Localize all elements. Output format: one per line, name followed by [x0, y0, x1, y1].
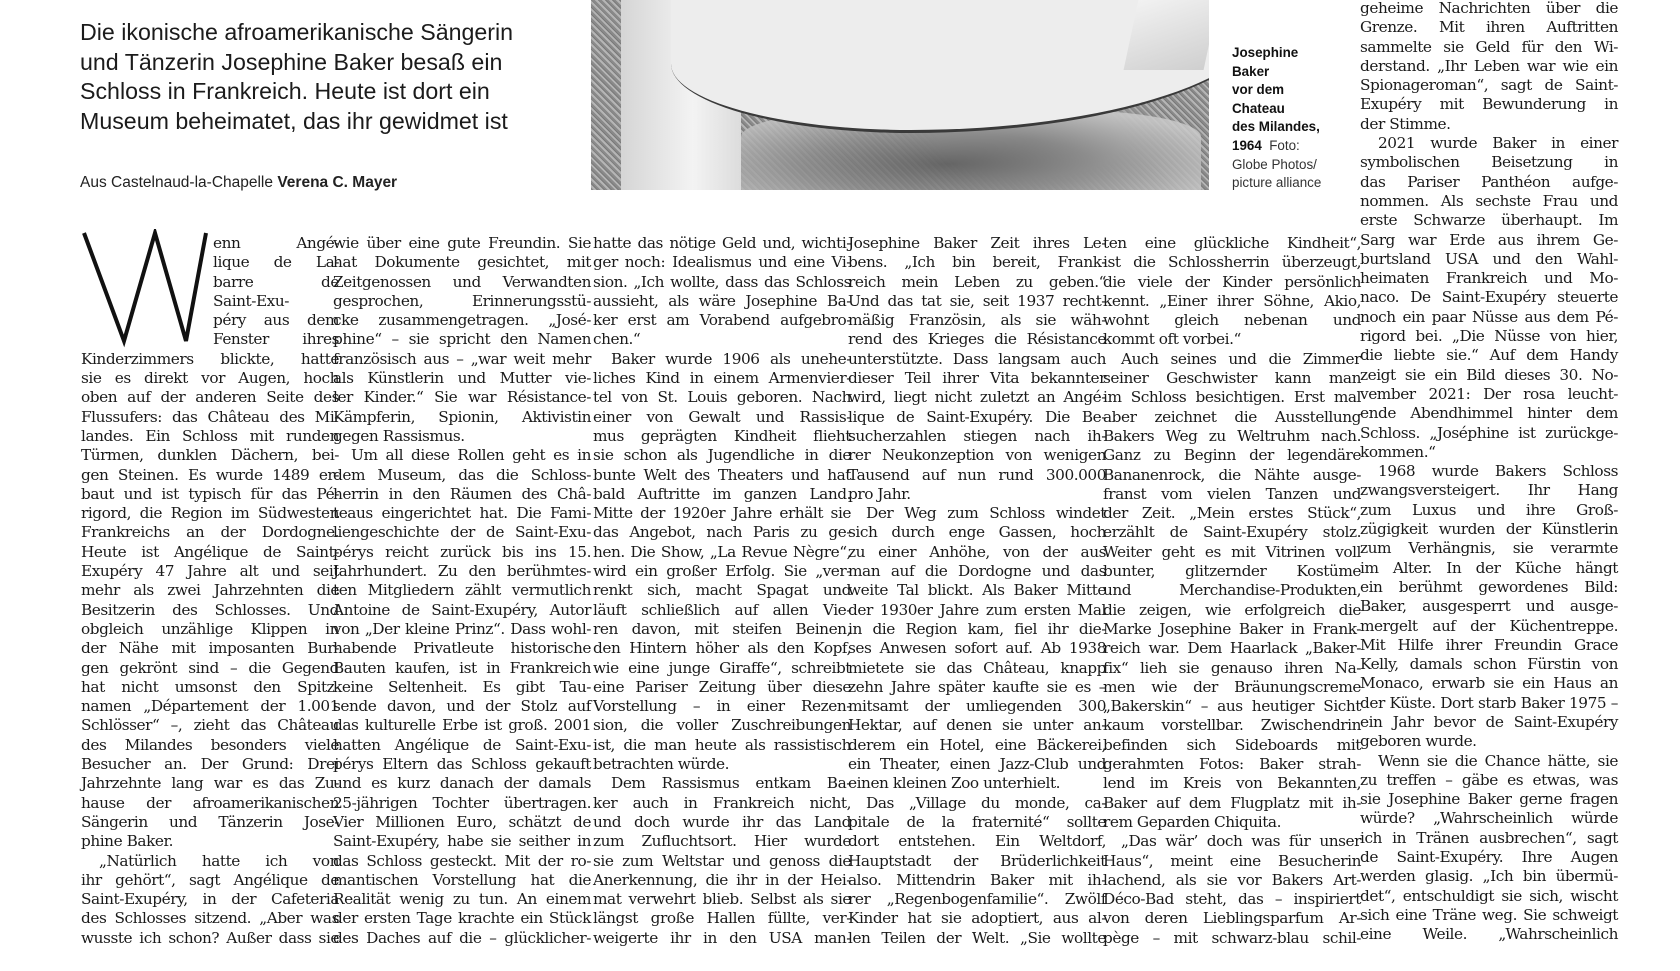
- text-line: „Natürlich hatte ich von: [81, 852, 339, 871]
- text-line: längst große Hallen füllte, ver-: [593, 909, 851, 928]
- article-column-6: geheime Nachrichten über dieGrenze. Mit …: [1360, 0, 1618, 945]
- text-line: Baker wurde 1906 als unehe-: [593, 350, 851, 369]
- text-line: im Schloss besichtigen. Erst mal: [1103, 388, 1361, 407]
- text-line: Mitte der 1920er Jahre erhält sie: [593, 504, 851, 523]
- text-line: zu einer Anhöhe, von der aus: [848, 543, 1106, 562]
- text-line: lique de Saint-Exupéry. Die Be-: [848, 408, 1106, 427]
- text-line: der Stimme.: [1360, 115, 1618, 134]
- text-line: Exupéry 47 Jahre alt und seit: [81, 562, 339, 581]
- text-line: sie Josephine Baker gerne fragen: [1360, 790, 1618, 809]
- text-line: cke zusammengetragen. „José-: [333, 311, 591, 330]
- text-line: Besitzerin des Schlosses. Und: [81, 601, 339, 620]
- text-line: Saint-Exupéry, in der Cafeteria: [81, 890, 339, 909]
- text-line: das kulturelle Erbe ist groß. 2001: [333, 716, 591, 735]
- caption-credit: picture alliance: [1232, 174, 1342, 193]
- text-line: werden glasig. „Ich bin übermü-: [1360, 867, 1618, 886]
- text-line: Kinderzimmers blickte, hatte: [81, 350, 339, 369]
- caption-line: Josephine: [1232, 44, 1342, 63]
- article-column-4: Josephine Baker Zeit ihres Le-bens. „Ich…: [848, 234, 1106, 948]
- text-line: wird ein großer Erfolg. Sie „ver-: [593, 562, 851, 581]
- text-line: Exupéry mit Bewunderung in: [1360, 95, 1618, 114]
- text-line: nommen. Als sechste Frau und: [1360, 192, 1618, 211]
- text-line: geboren wurde.: [1360, 732, 1618, 751]
- text-line: naco. De Saint-Exupéry steuerte: [1360, 288, 1618, 307]
- text-line: Mit Hilfe ihrer Freundin Grace: [1360, 636, 1618, 655]
- text-line: phine Baker.: [81, 832, 339, 851]
- text-line: Baker, ausgesperrt und ausge-: [1360, 597, 1618, 616]
- text-line: von „Der kleine Prinz“. Dass wohl-: [333, 620, 591, 639]
- text-line: eine Weile. „Wahrscheinlich: [1360, 925, 1618, 944]
- text-line: hat nicht umsonst den Spitz-: [81, 678, 339, 697]
- text-line: ses Anwesen sofort auf. Ab 1938: [848, 639, 1106, 658]
- text-line: Marke Josephine Baker in Frank-: [1103, 620, 1361, 639]
- text-line: sie schon als Jugendliche in die: [593, 446, 851, 465]
- text-line: das Angebot, nach Paris zu ge-: [593, 523, 851, 542]
- caption-credit: Globe Photos/: [1232, 156, 1342, 175]
- text-line: zum Zufluchtsort. Hier wurde: [593, 832, 851, 851]
- text-line: burtsland USA und den Wahl-: [1360, 250, 1618, 269]
- text-line: liengeschichte der de Saint-Exu-: [333, 523, 591, 542]
- text-line: det“, entschuldigt sie sich, wischt: [1360, 887, 1618, 906]
- text-line: pérys Eltern das Schloss gekauft: [333, 755, 591, 774]
- text-line: erste Schwarze überhaupt. Im: [1360, 211, 1618, 230]
- text-line: Sarg war Erde aus ihrem Ge-: [1360, 231, 1618, 250]
- text-line: obgleich unzählige Klippen in: [81, 620, 339, 639]
- text-line: der Nähe mit imposanten Bur-: [81, 639, 339, 658]
- text-line: mus geprägten Kindheit flieht: [593, 427, 851, 446]
- text-line: dem Museum, das die Schloss-: [333, 466, 591, 485]
- caption-line: vor dem: [1232, 81, 1342, 100]
- text-line: zwangsversteigert. Ihr Hang: [1360, 481, 1618, 500]
- text-line: renkt sich, macht Spagat und: [593, 581, 851, 600]
- text-line: franst vom vielen Tanzen und: [1103, 485, 1361, 504]
- text-line: Türmen, dunklen Dächern, bei-: [81, 446, 339, 465]
- text-line: und Merchandise-Produkten,: [1103, 581, 1361, 600]
- text-line: ker auch in Frankreich nicht,: [593, 794, 851, 813]
- text-line: Vier Millionen Euro, schätzt de: [333, 813, 591, 832]
- text-line: Josephine Baker Zeit ihres Le-: [848, 234, 1106, 253]
- text-line: sucherzahlen stiegen nach ih-: [848, 427, 1106, 446]
- text-line: chen.“: [593, 330, 851, 349]
- caption-line: Baker: [1232, 63, 1342, 82]
- text-line: der Zeit. „Mein erstes Stück“,: [1103, 504, 1361, 523]
- text-line: Der Weg zum Schloss windet: [848, 504, 1106, 523]
- text-line: Jahrzehnte lang war es das Zu-: [81, 774, 339, 793]
- text-line: unterstützte. Dass langsam auch: [848, 350, 1106, 369]
- text-line: hause der afroamerikanischen: [81, 794, 339, 813]
- text-line: befinden sich Sideboards mit: [1103, 736, 1361, 755]
- text-line: das Schloss gesteckt. Mit der ro-: [333, 852, 591, 871]
- text-line: bens. „Ich bin bereit, Frank-: [848, 253, 1106, 272]
- text-line: péry aus dem: [213, 311, 339, 330]
- text-line: Baker auf dem Flugplatz mit ih-: [1103, 794, 1361, 813]
- text-line: wird, liegt nicht zuletzt an Angé-: [848, 388, 1106, 407]
- text-line: des Daches auf die – glücklicher-: [333, 929, 591, 948]
- text-line: die viele der Kinder persönlich: [1103, 273, 1361, 292]
- text-line: ihr gehört“, sagt Angélique de: [81, 871, 339, 890]
- text-line: der Küste. Dort starb Baker 1975 –: [1360, 694, 1618, 713]
- text-line: Schlösser“ –, zieht das Château: [81, 716, 339, 735]
- text-line: 2021 wurde Baker in einer: [1360, 134, 1618, 153]
- text-line: wohnt gleich nebenan und: [1103, 311, 1361, 330]
- text-line: Ganz zu Beginn der legendäre: [1103, 446, 1361, 465]
- text-line: Saint-Exupéry, habe sie seither in: [333, 832, 591, 851]
- text-line: noch ein paar Nüsse aus dem Pé-: [1360, 308, 1618, 327]
- text-line: teaus eingerichtet hat. Die Fami-: [333, 504, 591, 523]
- article-photo: [591, 0, 1209, 190]
- text-line: seiner Geschwister kann man: [1103, 369, 1361, 388]
- text-line: dieser Teil ihrer Vita bekannter: [848, 369, 1106, 388]
- text-line: lend im Kreis von Bekannten,: [1103, 774, 1361, 793]
- text-line: sie zum Weltstar und genoss die: [593, 852, 851, 871]
- text-line: Bauten kaufen, ist in Frankreich: [333, 659, 591, 678]
- text-line: enn Angé-: [213, 234, 339, 253]
- text-line: der ersten Tage krachte ein Stück: [333, 909, 591, 928]
- text-line: reich war. Dem Haarlack „Baker-: [1103, 639, 1361, 658]
- text-line: gesprochen, Erinnerungsstü-: [333, 292, 591, 311]
- text-line: sende davon, und der Stolz auf: [333, 697, 591, 716]
- text-line: mitsamt der umliegenden 300: [848, 697, 1106, 716]
- text-line: mantischen Vorstellung hat die: [333, 871, 591, 890]
- text-line: derstand. „Ihr Leben war wie ein: [1360, 57, 1618, 76]
- text-line: ten eine glückliche Kindheit“,: [1103, 234, 1361, 253]
- text-line: Déco-Bad steht, das – inspiriert: [1103, 890, 1361, 909]
- article-intro: Die ikonische afroamerikanische Sängerin…: [80, 18, 560, 136]
- text-line: weite Tal blickt. Als Baker Mitte: [848, 581, 1106, 600]
- text-line: ein Theater, einen Jazz-Club und: [848, 755, 1106, 774]
- text-line: Kelly, damals schon Fürstin von: [1360, 655, 1618, 674]
- text-line: Grenze. Mit ihren Auftritten: [1360, 18, 1618, 37]
- text-line: mehr als zwei Jahrzehnten die: [81, 581, 339, 600]
- text-line: und es kurz danach der damals: [333, 774, 591, 793]
- text-line: dort entstehen. Ein Weltdorf,: [848, 832, 1106, 851]
- text-line: Fenster ihres: [213, 330, 339, 349]
- text-line: einen kleinen Zoo unterhielt.: [848, 774, 1106, 793]
- text-line: mergelt auf der Küchentreppe.: [1360, 617, 1618, 636]
- byline: Aus Castelnaud-la-Chapelle Verena C. May…: [80, 174, 397, 192]
- text-line: barre de: [213, 273, 339, 292]
- text-line: rigord, die Region im Südwesten: [81, 504, 339, 523]
- text-line: sion, die voller Zuschreibungen: [593, 716, 851, 735]
- text-line: Besucher an. Der Grund: Drei: [81, 755, 339, 774]
- text-line: symbolischen Beisetzung in: [1360, 153, 1618, 172]
- text-line: pitale de la fraternité“ sollte: [848, 813, 1106, 832]
- text-line: ein berühmt gewordenes Bild:: [1360, 578, 1618, 597]
- text-line: gegen Rassismus.: [333, 427, 591, 446]
- text-line: zehn Jahre später kaufte sie es –: [848, 678, 1106, 697]
- text-line: Frankreichs an der Dordogne.: [81, 523, 339, 542]
- text-line: Haus“, meint eine Besucherin: [1103, 852, 1361, 871]
- text-line: hatten Angélique de Saint-Exu-: [333, 736, 591, 755]
- text-line: also. Mittendrin Baker mit ih-: [848, 871, 1106, 890]
- text-line: Saint-Exu-: [213, 292, 339, 311]
- text-line: ler Kinder.“ Sie war Résistance-: [333, 388, 591, 407]
- intro-line: Museum beheimatet, das ihr gewidmet ist: [80, 107, 560, 137]
- text-line: rend des Krieges die Résistance: [848, 330, 1106, 349]
- text-line: Anerkennung, die ihr in der Hei-: [593, 871, 851, 890]
- text-line: men wie der Bräunungscreme: [1103, 678, 1361, 697]
- text-line: Wenn sie die Chance hätte, sie: [1360, 752, 1618, 771]
- text-line: de Saint-Exupéry. Ihre Augen: [1360, 848, 1618, 867]
- text-line: gen Steinen. Es wurde 1489 er-: [81, 466, 339, 485]
- text-line: reich mein Leben zu geben.“: [848, 273, 1106, 292]
- text-line: würde? „Wahrscheinlich würde: [1360, 809, 1618, 828]
- text-line: landes. Ein Schloss mit runden: [81, 427, 339, 446]
- text-line: 25-jährigen Tochter übertragen.: [333, 794, 591, 813]
- text-line: Spionageroman“, sagt de Saint-: [1360, 76, 1618, 95]
- text-line: heimaten Frankreich und Mo-: [1360, 269, 1618, 288]
- text-line: man auf die Dordogne und das: [848, 562, 1106, 581]
- byline-author: Verena C. Mayer: [277, 174, 397, 191]
- text-line: Um all diese Rollen geht es in: [333, 446, 591, 465]
- intro-line: und Tänzerin Josephine Baker besaß ein: [80, 48, 560, 78]
- text-line: Hektar, auf denen sie unter an-: [848, 716, 1106, 735]
- text-line: Antoine de Saint-Exupéry, Autor: [333, 601, 591, 620]
- text-line: die zeigen, wie erfolgreich die: [1103, 601, 1361, 620]
- text-line: zum Luxus und ihre Groß-: [1360, 501, 1618, 520]
- text-line: des Schlosses sitzend. „Aber was: [81, 909, 339, 928]
- article-column-2: wie über eine gute Freundin. Siehat Doku…: [333, 234, 591, 948]
- text-line: rem Geparden Chiquita.: [1103, 813, 1361, 832]
- text-line: Schloss. „Joséphine ist zurückge-: [1360, 424, 1618, 443]
- text-line: phine“ – sie spricht den Namen: [333, 330, 591, 349]
- text-line: baut und ist typisch für das Pé-: [81, 485, 339, 504]
- text-line: Flussufers: das Château des Mi-: [81, 408, 339, 427]
- text-line: ende Abendhimmel hinter dem: [1360, 404, 1618, 423]
- text-line: Kämpferin, Spionin, Aktivistin: [333, 408, 591, 427]
- text-line: Dem Rassismus entkam Ba-: [593, 774, 851, 793]
- text-line: mat verwehrt blieb. Selbst als sie: [593, 890, 851, 909]
- byline-place: Aus Castelnaud-la-Chapelle: [80, 174, 273, 191]
- text-line: wie über eine gute Freundin. Sie: [333, 234, 591, 253]
- text-line: sie es direkt vor Augen, hoch: [81, 369, 339, 388]
- text-line: 1968 wurde Bakers Schloss: [1360, 462, 1618, 481]
- text-line: kennt. „Einer ihrer Söhne, Akio,: [1103, 292, 1361, 311]
- text-line: sammelte sie Geld für den Wi-: [1360, 38, 1618, 57]
- text-line: pro Jahr.: [848, 485, 1106, 504]
- text-line: rigord bei. „Die Nüsse von hier,: [1360, 327, 1618, 346]
- text-line: ich in Tränen ausbrechen“, sagt: [1360, 829, 1618, 848]
- text-line: Tausend auf nun rund 300.000: [848, 466, 1106, 485]
- text-line: zu treffen – gäbe es etwas, was: [1360, 771, 1618, 790]
- text-line: geheime Nachrichten über die: [1360, 0, 1618, 18]
- text-line: habende Privatleute historische: [333, 639, 591, 658]
- text-line: bunte Welt des Theaters und hat: [593, 466, 851, 485]
- text-line: hen. Die Show, „La Revue Nègre“,: [593, 543, 851, 562]
- text-line: in die Region kam, fiel ihr die-: [848, 620, 1106, 639]
- text-line: einer von Gewalt und Rassis-: [593, 408, 851, 427]
- intro-line: Die ikonische afroamerikanische Sängerin: [80, 18, 560, 48]
- text-line: zum Verhängnis, sie verarmte: [1360, 539, 1618, 558]
- text-line: französisch aus – „war weit mehr: [333, 350, 591, 369]
- text-line: als Künstlerin und Mutter vie-: [333, 369, 591, 388]
- text-line: die liebte sie.“ Auf dem Handy: [1360, 346, 1618, 365]
- text-line: Vorstellung – in einer Rezen-: [593, 697, 851, 716]
- text-line: des Milandes besonders viele: [81, 736, 339, 755]
- text-line: das Pariser Panthéon aufge-: [1360, 173, 1618, 192]
- caption-year: 1964: [1232, 138, 1262, 153]
- text-line: wie eine junge Giraffe“, schreibt: [593, 659, 851, 678]
- text-line: ten Mitgliedern zählt vermutlich: [333, 581, 591, 600]
- text-line: weigerte ihr in den USA man-: [593, 929, 851, 948]
- text-line: bunter, glitzernder Kostüme: [1103, 562, 1361, 581]
- text-line: erzählt de Saint-Exupéry stolz.: [1103, 523, 1361, 542]
- text-line: kaum vorstellbar. Zwischendrin: [1103, 716, 1361, 735]
- text-line: Realität wenig zu tun. An einem: [333, 890, 591, 909]
- text-line: hatte das nötige Geld und, wichti-: [593, 234, 851, 253]
- text-line: Hauptstadt der Brüderlichkeit: [848, 852, 1106, 871]
- text-line: vember 2021: Der rosa leucht-: [1360, 385, 1618, 404]
- text-line: sich eine Träne weg. Sie schweigt: [1360, 906, 1618, 925]
- text-line: Sängerin und Tänzerin Jose-: [81, 813, 339, 832]
- text-line: hat Dokumente gesichtet, mit: [333, 253, 591, 272]
- text-line: ist, die man heute als rassistisch: [593, 736, 851, 755]
- text-line: fix“ lieh sie genauso ihren Na-: [1103, 659, 1361, 678]
- text-line: Kinder hat sie adoptiert, aus al-: [848, 909, 1106, 928]
- text-line: tel von St. Louis geboren. Nach: [593, 388, 851, 407]
- text-line: Heute ist Angélique de Saint-: [81, 543, 339, 562]
- text-line: ein Jahr bevor de Saint-Exupéry: [1360, 713, 1618, 732]
- text-line: Monaco, erwarb sie ein Haus an: [1360, 674, 1618, 693]
- photo-caption: Josephine Baker vor dem Chateau des Mila…: [1232, 44, 1342, 193]
- text-line: Weiter geht es mit Vitrinen voll: [1103, 543, 1361, 562]
- text-line: kommen.“: [1360, 443, 1618, 462]
- text-line: liches Kind in einem Armenvier-: [593, 369, 851, 388]
- text-line: den Hintern höher als den Kopf,: [593, 639, 851, 658]
- text-line: ren davon, mit steifen Beinen,: [593, 620, 851, 639]
- text-line: pège – mit schwarz-blau schil-: [1103, 929, 1361, 948]
- text-line: keine Seltenheit. Es gibt Tau-: [333, 678, 591, 697]
- text-line: lachend, als sie vor Bakers Art-: [1103, 871, 1361, 890]
- text-line: „Das wär’ doch was für unser: [1103, 832, 1361, 851]
- text-line: gen gekrönt sind – die Gegend: [81, 659, 339, 678]
- text-line: len Teilen der Welt. „Sie wollte: [848, 929, 1106, 948]
- text-line: und doch wurde ihr das Land: [593, 813, 851, 832]
- text-line: rer „Regenbogenfamilie“. Zwölf: [848, 890, 1106, 909]
- text-line: bald Auftritte im ganzen Land.: [593, 485, 851, 504]
- text-line: Und das tat sie, seit 1937 recht-: [848, 292, 1106, 311]
- text-line: ker erst am Vorabend aufgebro-: [593, 311, 851, 330]
- text-line: lique de La-: [213, 253, 339, 272]
- text-line: derem ein Hotel, eine Bäckerei,: [848, 736, 1106, 755]
- caption-foto-label: Foto:: [1269, 138, 1300, 153]
- text-line: aussieht, als wäre Josephine Ba-: [593, 292, 851, 311]
- text-line: kommt oft vorbei.“: [1103, 330, 1361, 349]
- text-line: aber zeichnet die Ausstellung: [1103, 408, 1361, 427]
- text-line: eine Pariser Zeitung über diese: [593, 678, 851, 697]
- text-line: Das „Village du monde, ca-: [848, 794, 1106, 813]
- text-line: mäßig Französin, als sie wäh-: [848, 311, 1106, 330]
- text-line: ger noch: Idealismus und eine Vi-: [593, 253, 851, 272]
- photo-step: [1124, 0, 1209, 70]
- text-line: Zeitgenossen und Verwandten: [333, 273, 591, 292]
- text-line: gerahmten Fotos: Baker strah-: [1103, 755, 1361, 774]
- text-line: mietete sie das Château, knapp: [848, 659, 1106, 678]
- text-line: namen „Département der 1.001: [81, 697, 339, 716]
- text-line: Bakers Weg zu Weltruhm nach.: [1103, 427, 1361, 446]
- text-line: zügigkeit wurden der Künstlerin: [1360, 520, 1618, 539]
- article-column-3: hatte das nötige Geld und, wichti-ger no…: [593, 234, 851, 948]
- text-line: „Bakerskin“ – aus heutiger Sicht: [1103, 697, 1361, 716]
- intro-line: Schloss in Frankreich. Heute ist dort ei…: [80, 77, 560, 107]
- text-line: der 1930er Jahre zum ersten Mal: [848, 601, 1106, 620]
- text-line: oben auf der anderen Seite des: [81, 388, 339, 407]
- caption-line: des Milandes,: [1232, 118, 1342, 137]
- text-line: von deren Lieblingsparfum Ar-: [1103, 909, 1361, 928]
- text-line: sion. „Ich wollte, dass das Schloss: [593, 273, 851, 292]
- text-line: Jahrhundert. Zu den berühmtes-: [333, 562, 591, 581]
- text-line: herrin in den Räumen des Châ-: [333, 485, 591, 504]
- text-line: ist die Schlossherrin überzeugt,: [1103, 253, 1361, 272]
- text-line: läuft schließlich auf allen Vie-: [593, 601, 851, 620]
- text-line: im Alter. In der Küche hängt: [1360, 559, 1618, 578]
- article-column-1: enn Angé-lique de La-barre deSaint-Exu-p…: [81, 234, 339, 948]
- caption-line: Chateau: [1232, 100, 1342, 119]
- text-line: sich durch enge Gassen, hoch: [848, 523, 1106, 542]
- article-column-5: ten eine glückliche Kindheit“,ist die Sc…: [1103, 234, 1361, 948]
- text-line: Bananenrock, die Nähte ausge-: [1103, 466, 1361, 485]
- text-line: rer Neukonzeption von wenigen: [848, 446, 1106, 465]
- text-line: betrachten würde.: [593, 755, 851, 774]
- text-line: wusste ich schon? Außer dass sie: [81, 929, 339, 948]
- text-line: zeigt sie ein Bild dieses 30. No-: [1360, 366, 1618, 385]
- text-line: pérys reicht zurück bis ins 15.: [333, 543, 591, 562]
- text-line: Auch seines und die Zimmer: [1103, 350, 1361, 369]
